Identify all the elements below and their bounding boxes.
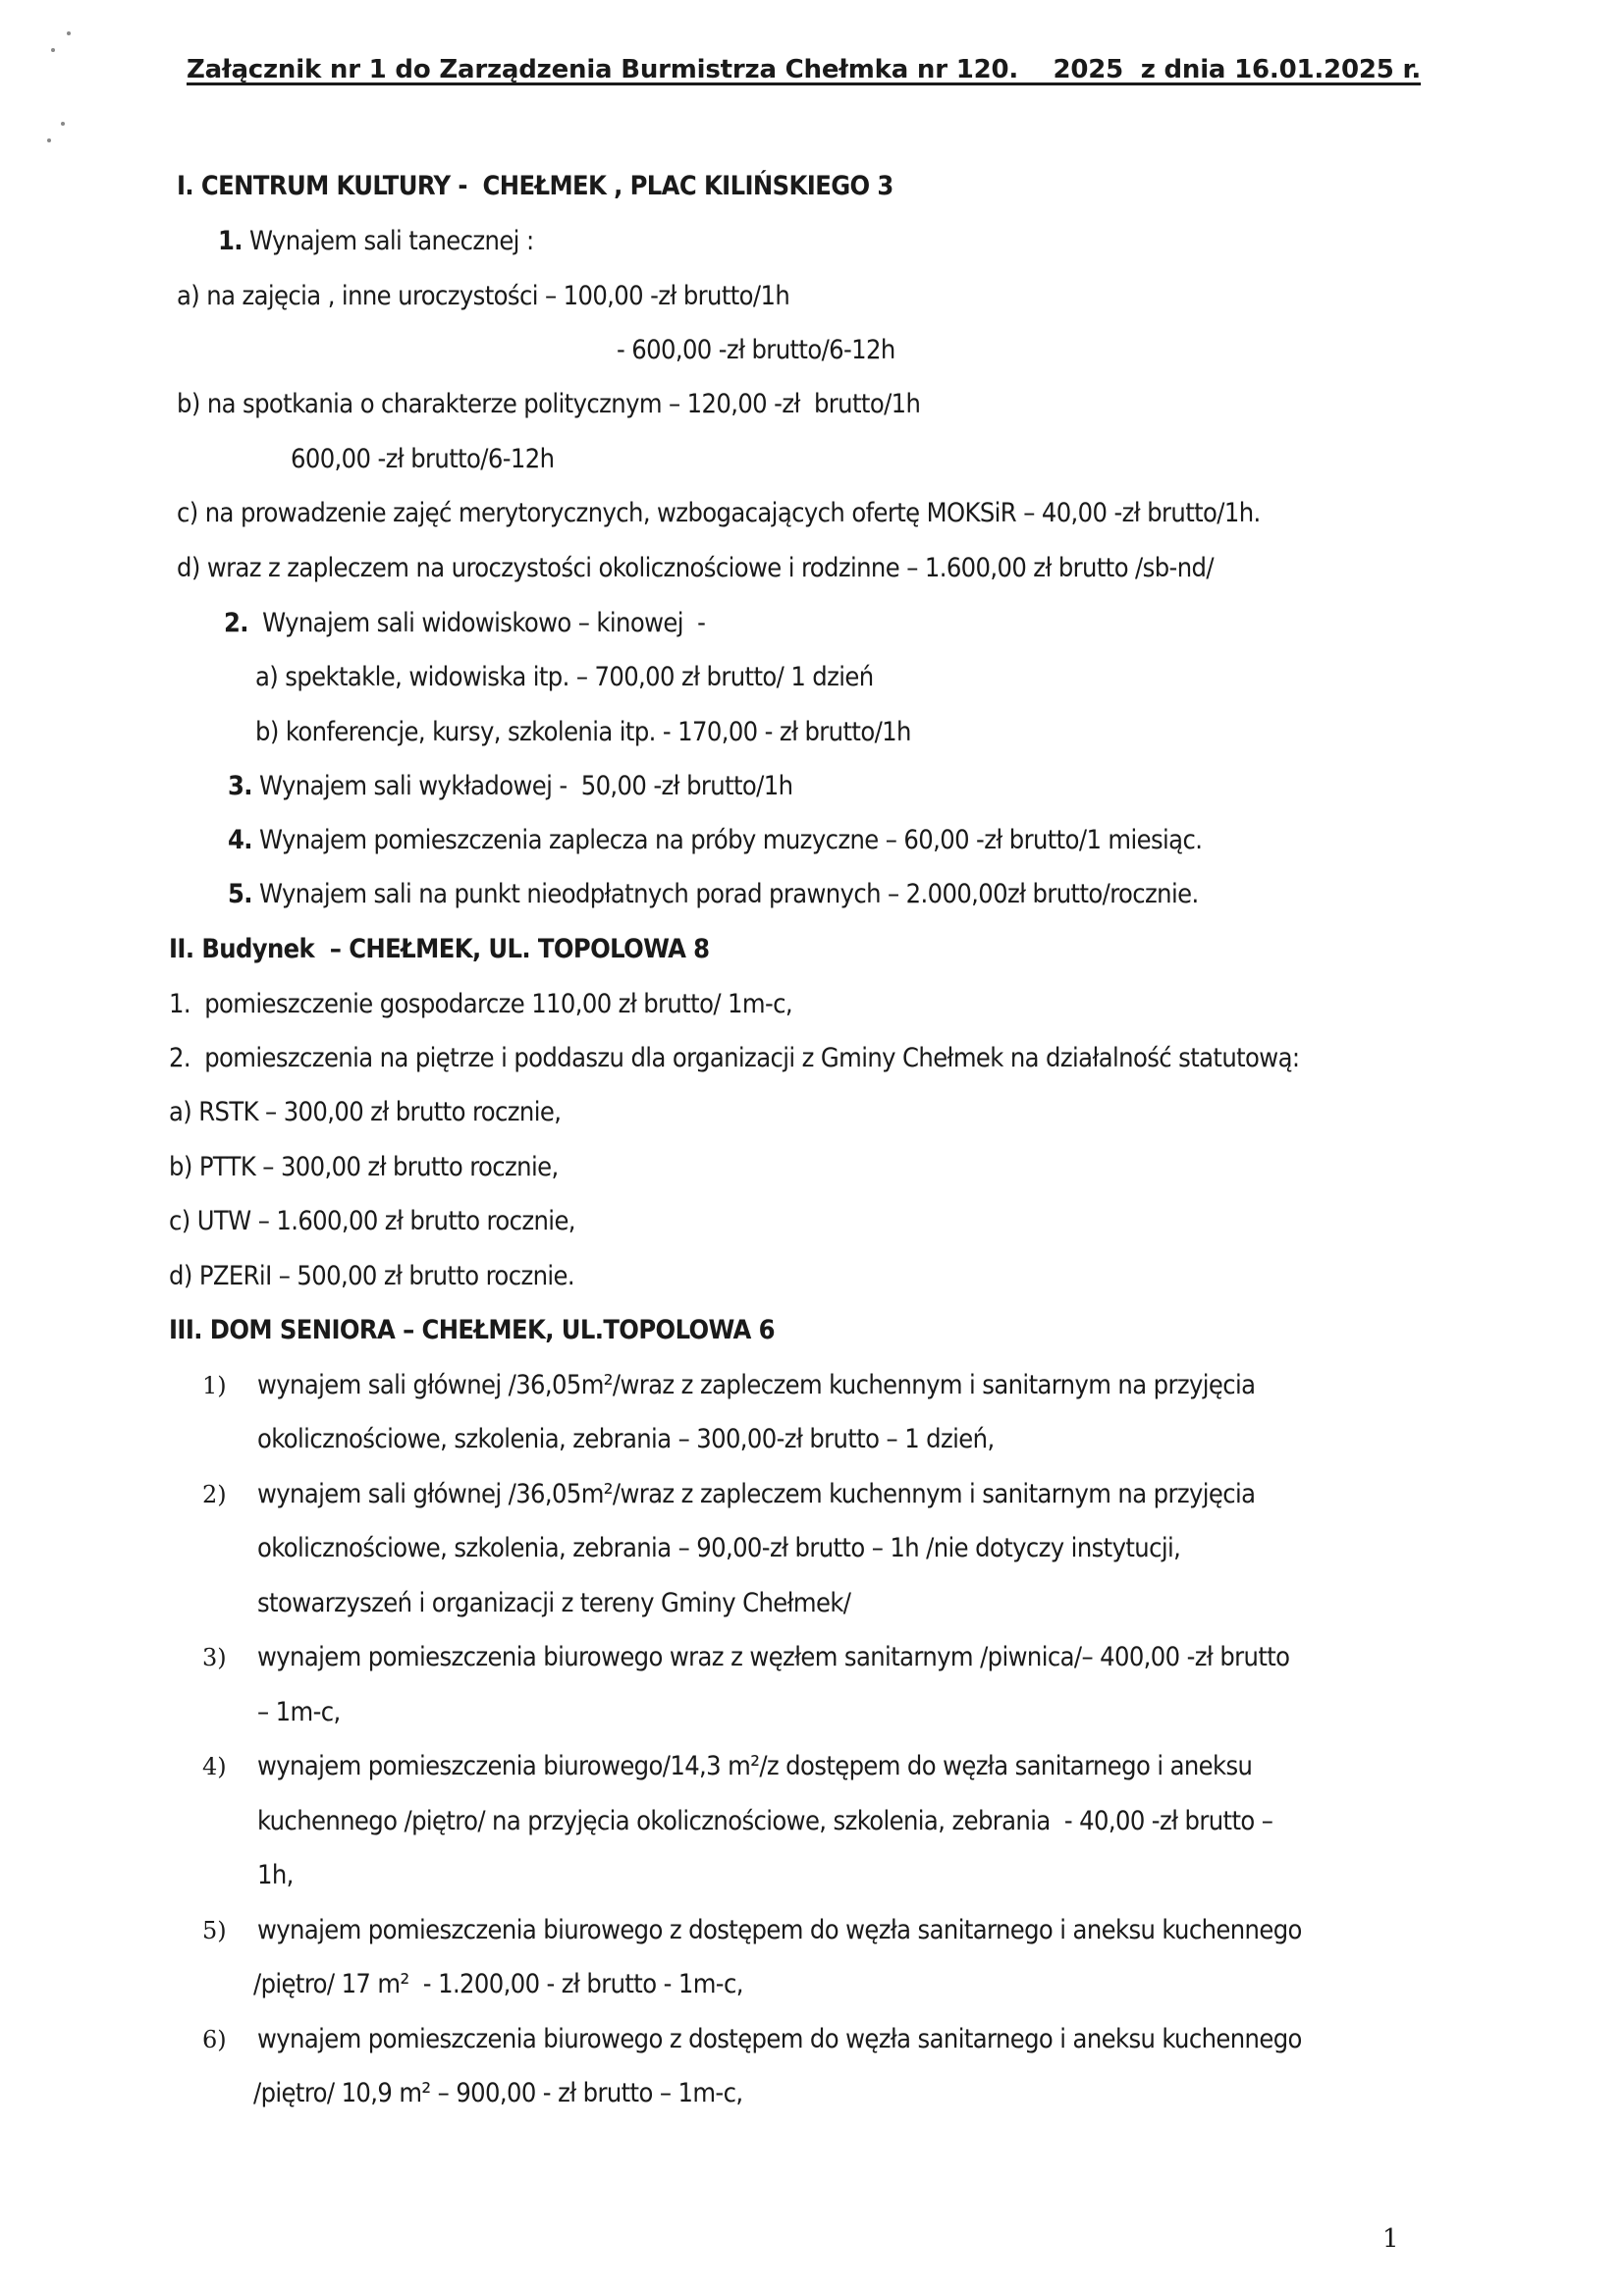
- list-item-continuation: /piętro/ 10,9 m² – 900,00 - zł brutto – …: [253, 2076, 742, 2111]
- list-item-continuation: okolicznościowe, szkolenia, zebrania – 3…: [257, 1422, 995, 1457]
- section-heading: III. DOM SENIORA – CHEŁMEK, UL.TOPOLOWA …: [169, 1313, 775, 1348]
- list-item: 4. Wynajem pomieszczenia zaplecza na pró…: [228, 823, 1202, 858]
- list-item: 3)wynajem pomieszczenia biurowego wraz z…: [202, 1640, 1289, 1675]
- item-number: 5): [202, 1913, 257, 1948]
- list-item: 2. pomieszczenia na piętrze i poddaszu d…: [169, 1041, 1299, 1076]
- list-item-continuation: kuchennego /piętro/ na przyjęcia okolicz…: [257, 1804, 1272, 1839]
- item-number: 1.: [218, 226, 243, 256]
- list-item: 1)wynajem sali głównej /36,05m²/wraz z z…: [202, 1368, 1255, 1403]
- list-item: d) wraz z zapleczem na uroczystości okol…: [177, 551, 1214, 586]
- section-heading: II. Budynek – CHEŁMEK, UL. TOPOLOWA 8: [169, 932, 709, 967]
- section-heading: I. CENTRUM KULTURY - CHEŁMEK , PLAC KILI…: [177, 169, 893, 204]
- item-text: wynajem sali głównej /36,05m²/wraz z zap…: [257, 1479, 1255, 1509]
- scan-speck: [47, 138, 51, 142]
- item-number: 3.: [228, 771, 252, 801]
- list-item: 6)wynajem pomieszczenia biurowego z dost…: [202, 2022, 1302, 2057]
- list-item-continuation: 1h,: [257, 1858, 294, 1893]
- list-item: 3. Wynajem sali wykładowej - 50,00 -zł b…: [228, 769, 792, 804]
- item-text: Wynajem sali na punkt nieodpłatnych pora…: [252, 879, 1199, 909]
- item-text: wynajem pomieszczenia biurowego z dostęp…: [257, 1915, 1302, 1945]
- list-item: a) RSTK – 300,00 zł brutto rocznie,: [169, 1095, 561, 1130]
- list-item: 1. pomieszczenie gospodarcze 110,00 zł b…: [169, 987, 792, 1022]
- item-text: Wynajem sali tanecznej :: [243, 226, 534, 256]
- list-item: 2)wynajem sali głównej /36,05m²/wraz z z…: [202, 1477, 1255, 1512]
- item-number: 3): [202, 1640, 257, 1675]
- scan-speck: [61, 122, 65, 126]
- item-text: Wynajem sali widowiskowo – kinowej -: [248, 608, 705, 638]
- item-number: 4.: [228, 825, 252, 855]
- document-header: Załącznik nr 1 do Zarządzenia Burmistrza…: [187, 55, 1502, 84]
- item-number: 6): [202, 2022, 257, 2057]
- item-number: 2.: [224, 608, 248, 638]
- scan-speck: [67, 31, 71, 35]
- list-item: 4)wynajem pomieszczenia biurowego/14,3 m…: [202, 1749, 1252, 1784]
- list-item: c) na prowadzenie zajęć merytorycznych, …: [177, 496, 1261, 531]
- list-item: 5. Wynajem sali na punkt nieodpłatnych p…: [228, 877, 1199, 912]
- list-item: 5)wynajem pomieszczenia biurowego z dost…: [202, 1913, 1302, 1948]
- item-number: 5.: [228, 879, 252, 909]
- list-item: b) PTTK – 300,00 zł brutto rocznie,: [169, 1150, 559, 1185]
- list-item: - 600,00 -zł brutto/6-12h: [617, 333, 895, 368]
- item-text: wynajem pomieszczenia biurowego z dostęp…: [257, 2024, 1302, 2054]
- item-text: Wynajem sali wykładowej - 50,00 -zł brut…: [252, 771, 792, 801]
- list-item: a) na zajęcia , inne uroczystości – 100,…: [177, 279, 789, 314]
- list-item-continuation: stowarzyszeń i organizacji z tereny Gmin…: [257, 1586, 850, 1621]
- scan-speck: [51, 48, 55, 52]
- list-item: d) PZERiI – 500,00 zł brutto rocznie.: [169, 1259, 574, 1294]
- item-number: 4): [202, 1749, 257, 1784]
- list-item-continuation: – 1m-c,: [257, 1695, 341, 1730]
- page-number: 1: [1382, 2224, 1399, 2254]
- item-text: wynajem sali głównej /36,05m²/wraz z zap…: [257, 1370, 1255, 1400]
- list-item: 600,00 -zł brutto/6-12h: [291, 442, 554, 477]
- document-page: Załącznik nr 1 do Zarządzenia Burmistrza…: [0, 0, 1623, 2296]
- list-item-continuation: /piętro/ 17 m² - 1.200,00 - zł brutto - …: [253, 1967, 743, 2002]
- list-item: b) na spotkania o charakterze polityczny…: [177, 387, 920, 422]
- item-text: wynajem pomieszczenia biurowego/14,3 m²/…: [257, 1751, 1252, 1781]
- list-item: b) konferencje, kursy, szkolenia itp. - …: [255, 715, 911, 750]
- list-item: c) UTW – 1.600,00 zł brutto rocznie,: [169, 1204, 575, 1239]
- item-text: Wynajem pomieszczenia zaplecza na próby …: [252, 825, 1202, 855]
- item-text: wynajem pomieszczenia biurowego wraz z w…: [257, 1642, 1289, 1672]
- item-number: 2): [202, 1477, 257, 1512]
- list-item: 1. Wynajem sali tanecznej :: [218, 224, 534, 259]
- item-number: 1): [202, 1368, 257, 1403]
- list-item-continuation: okolicznościowe, szkolenia, zebrania – 9…: [257, 1531, 1180, 1566]
- list-item: 2. Wynajem sali widowiskowo – kinowej -: [224, 606, 705, 641]
- list-item: a) spektakle, widowiska itp. – 700,00 zł…: [255, 660, 874, 695]
